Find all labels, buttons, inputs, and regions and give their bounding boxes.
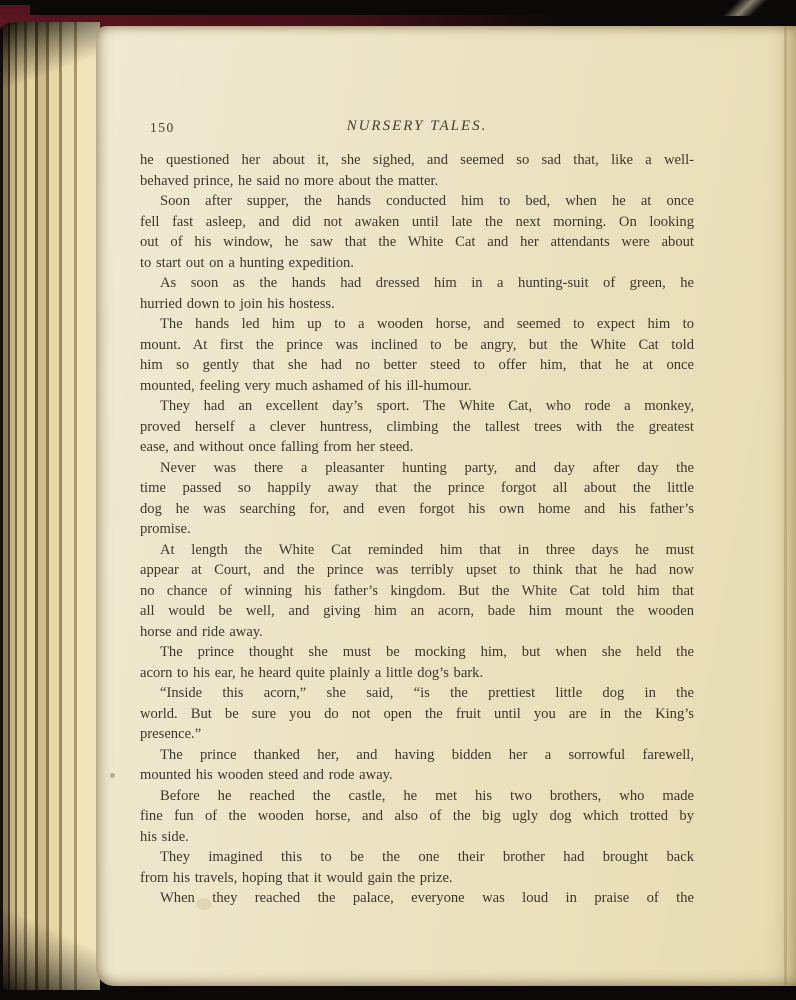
- text-line: The hands led him up to a wooden horse, …: [140, 314, 694, 335]
- text-line: fine fun of the wooden horse, and also o…: [140, 806, 694, 827]
- text-line: When they reached the palace, everyone w…: [140, 888, 694, 909]
- text-line: to start out on a hunting expedition.: [140, 253, 694, 274]
- text-line: he questioned her about it, she sighed, …: [140, 150, 694, 171]
- text-line: Never was there a pleasanter hunting par…: [140, 458, 694, 479]
- text-line: “Inside this acorn,” she said, “is the p…: [140, 683, 694, 704]
- running-title: NURSERY TALES.: [140, 118, 694, 135]
- text-line: fell fast asleep, and did not awaken unt…: [140, 212, 694, 233]
- text-line: mounted his wooden steed and rode away.: [140, 765, 694, 786]
- text-line: his side.: [140, 827, 694, 848]
- text-line: ease, and without once falling from her …: [140, 437, 694, 458]
- text-line: Soon after supper, the hands conducted h…: [140, 191, 694, 212]
- ink-spot: [110, 773, 115, 778]
- text-line: horse and ride away.: [140, 622, 694, 643]
- page-number: 150: [150, 120, 175, 136]
- text-line: The prince thanked her, and having bidde…: [140, 745, 694, 766]
- text-line: appear at Court, and the prince was terr…: [140, 560, 694, 581]
- text-line: out of his window, he saw that the White…: [140, 232, 694, 253]
- running-header: 150 NURSERY TALES.: [140, 118, 694, 140]
- text-line: They imagined this to be the one their b…: [140, 847, 694, 868]
- book-photo: 150 NURSERY TALES. he questioned her abo…: [0, 0, 796, 1000]
- text-line: all would be well, and giving him an aco…: [140, 601, 694, 622]
- body-text: he questioned her about it, she sighed, …: [140, 150, 694, 909]
- text-line: him so gently that she had no better ste…: [140, 355, 694, 376]
- text-line: world. But be sure you do not open the f…: [140, 704, 694, 725]
- text-line: hurried down to join his hostess.: [140, 294, 694, 315]
- text-line: At length the White Cat reminded him tha…: [140, 540, 694, 561]
- text-line: time passed so happily away that the pri…: [140, 478, 694, 499]
- page-fore-edges: [0, 22, 100, 990]
- text-line: mounted, feeling very much ashamed of hi…: [140, 376, 694, 397]
- text-line: They had an excellent day’s sport. The W…: [140, 396, 694, 417]
- text-line: presence.”: [140, 724, 694, 745]
- text-line: proved herself a clever huntress, climbi…: [140, 417, 694, 438]
- text-line: behaved prince, he said no more about th…: [140, 171, 694, 192]
- text-line: The prince thought she must be mocking h…: [140, 642, 694, 663]
- text-line: from his travels, hoping that it would g…: [140, 868, 694, 889]
- text-line: As soon as the hands had dressed him in …: [140, 273, 694, 294]
- book-page: 150 NURSERY TALES. he questioned her abo…: [96, 26, 796, 986]
- text-line: mount. At first the prince was inclined …: [140, 335, 694, 356]
- text-line: acorn to his ear, he heard quite plainly…: [140, 663, 694, 684]
- text-line: promise.: [140, 519, 694, 540]
- text-line: no chance of winning his father’s kingdo…: [140, 581, 694, 602]
- text-line: dog he was searching for, and even forgo…: [140, 499, 694, 520]
- page-corner-sheen: [715, 0, 774, 16]
- page-right-edge-line: [784, 26, 787, 986]
- text-line: Before he reached the castle, he met his…: [140, 786, 694, 807]
